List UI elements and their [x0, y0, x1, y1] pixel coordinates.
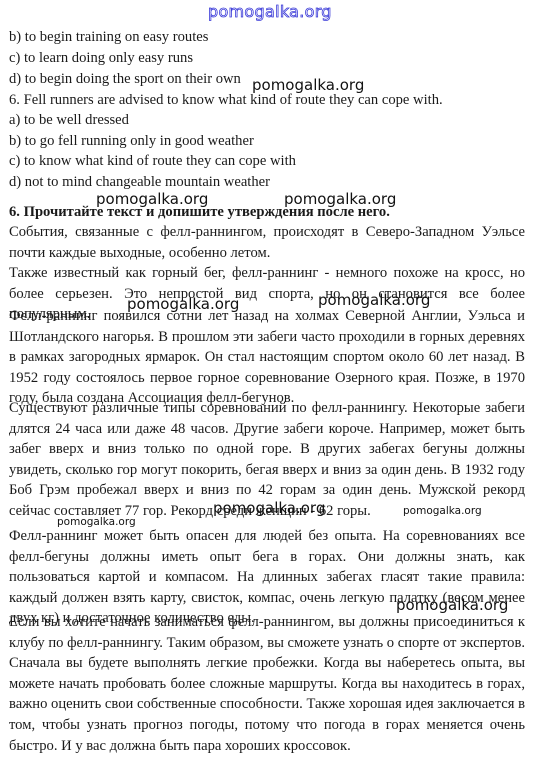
q6-option-d: d) not to mind changeable mountain weath… — [9, 172, 270, 192]
q6-option-c: c) to know what kind of route they can c… — [9, 151, 296, 171]
watermark: pomogalka.org — [213, 499, 325, 517]
paragraph-1: События, связанные с фелл-раннингом, про… — [9, 222, 525, 263]
q6-prompt: 6. Fell runners are advised to know what… — [9, 90, 443, 110]
task-heading: 6. Прочитайте текст и допишите утвержден… — [9, 202, 390, 222]
q5-option-d: d) to begin doing the sport on their own — [9, 69, 241, 89]
watermark-top: pomogalka.org — [208, 2, 332, 21]
watermark: pomogalka.org — [403, 505, 482, 517]
q6-option-a: a) to be well dressed — [9, 110, 129, 130]
q5-option-b: b) to begin training on easy routes — [9, 27, 208, 47]
paragraph-6: Если вы хотите начать заниматься фелл-ра… — [9, 612, 525, 756]
q6-option-b: b) to go fell running only in good weath… — [9, 131, 254, 151]
q5-option-c: c) to learn doing only easy runs — [9, 48, 193, 68]
paragraph-3: Фелл-раннинг появился сотни лет назад на… — [9, 306, 525, 409]
